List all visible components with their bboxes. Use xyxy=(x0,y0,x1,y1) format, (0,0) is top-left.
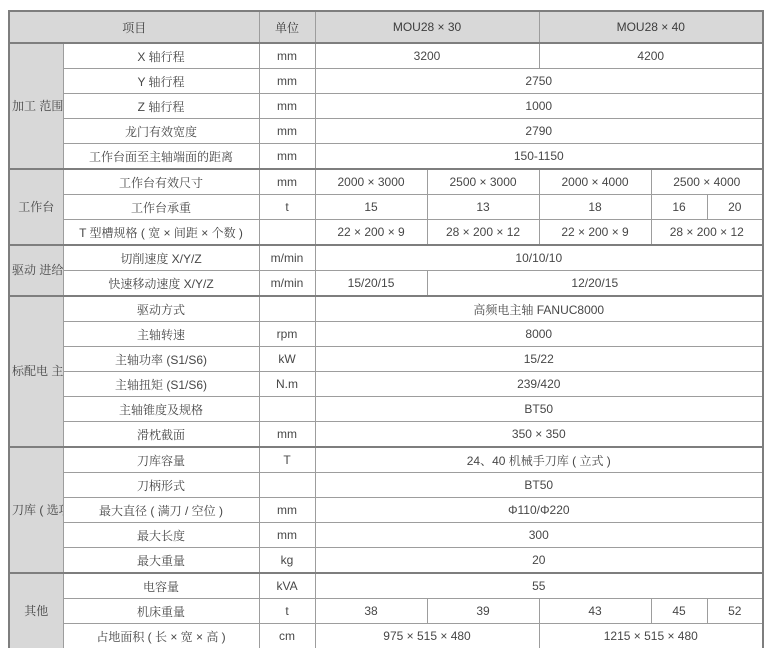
spec-item-name: 快速移动速度 X/Y/Z xyxy=(63,271,259,297)
table-row: 占地面积 ( 长 × 宽 × 高 )cm975 × 515 × 4801215 … xyxy=(9,624,763,648)
spec-value: 28 × 200 × 12 xyxy=(651,220,763,246)
spec-item-name: T 型槽规格 ( 宽 × 间距 × 个数 ) xyxy=(63,220,259,246)
spec-item-name: 工作台面至主轴端面的距离 xyxy=(63,144,259,170)
spec-item-name: X 轴行程 xyxy=(63,43,259,69)
spec-value: BT50 xyxy=(315,397,763,422)
spec-value: 8000 xyxy=(315,322,763,347)
spec-unit: mm xyxy=(259,43,315,69)
spec-unit: mm xyxy=(259,94,315,119)
spec-value: 22 × 200 × 9 xyxy=(539,220,651,246)
spec-value: 39 xyxy=(427,599,539,624)
spec-item-name: 机床重量 xyxy=(63,599,259,624)
spec-unit xyxy=(259,220,315,246)
spec-value: 45 xyxy=(651,599,707,624)
group-label: 标配电 主轴 xyxy=(9,296,63,447)
spec-value: 975 × 515 × 480 xyxy=(315,624,539,648)
table-row: 加工 范围X 轴行程mm32004200 xyxy=(9,43,763,69)
spec-value: BT50 xyxy=(315,473,763,498)
table-row: 标配电 主轴驱动方式高频电主轴 FANUC8000 xyxy=(9,296,763,322)
spec-value: 4200 xyxy=(539,43,763,69)
spec-unit: kW xyxy=(259,347,315,372)
header-row: 项目单位MOU28 × 30MOU28 × 40 xyxy=(9,11,763,43)
table-row: 龙门有效宽度mm2790 xyxy=(9,119,763,144)
table-row: 刀柄形式BT50 xyxy=(9,473,763,498)
table-row: 刀库 ( 选项 )刀库容量T24、40 机械手刀库 ( 立式 ) xyxy=(9,447,763,473)
spec-unit: mm xyxy=(259,69,315,94)
spec-value: 13 xyxy=(427,195,539,220)
spec-value: 22 × 200 × 9 xyxy=(315,220,427,246)
spec-value: 15 xyxy=(315,195,427,220)
spec-value: 24、40 机械手刀库 ( 立式 ) xyxy=(315,447,763,473)
group-label: 其他 xyxy=(9,573,63,648)
spec-unit: m/min xyxy=(259,271,315,297)
spec-item-name: 主轴转速 xyxy=(63,322,259,347)
spec-value: 2790 xyxy=(315,119,763,144)
table-row: 工作台承重t1513181620 xyxy=(9,195,763,220)
spec-value: 2000 × 4000 xyxy=(539,169,651,195)
spec-value: 1000 xyxy=(315,94,763,119)
spec-value: Φ110/Φ220 xyxy=(315,498,763,523)
spec-unit xyxy=(259,296,315,322)
spec-item-name: 工作台有效尺寸 xyxy=(63,169,259,195)
spec-unit: kg xyxy=(259,548,315,574)
spec-unit: mm xyxy=(259,523,315,548)
spec-unit: t xyxy=(259,599,315,624)
spec-unit: kVA xyxy=(259,573,315,599)
spec-value: 300 xyxy=(315,523,763,548)
spec-unit: m/min xyxy=(259,245,315,271)
spec-item-name: 占地面积 ( 长 × 宽 × 高 ) xyxy=(63,624,259,648)
table-row: 滑枕截面mm350 × 350 xyxy=(9,422,763,448)
spec-unit: N.m xyxy=(259,372,315,397)
spec-item-name: 工作台承重 xyxy=(63,195,259,220)
spec-value: 2500 × 3000 xyxy=(427,169,539,195)
spec-item-name: Y 轴行程 xyxy=(63,69,259,94)
spec-value: 3200 xyxy=(315,43,539,69)
table-row: 快速移动速度 X/Y/Zm/min15/20/1512/20/15 xyxy=(9,271,763,297)
table-row: 最大直径 ( 满刀 / 空位 )mmΦ110/Φ220 xyxy=(9,498,763,523)
spec-value: 20 xyxy=(707,195,763,220)
table-row: 主轴锥度及规格BT50 xyxy=(9,397,763,422)
spec-unit: mm xyxy=(259,498,315,523)
spec-item-name: 主轴扭矩 (S1/S6) xyxy=(63,372,259,397)
spec-value: 2000 × 3000 xyxy=(315,169,427,195)
spec-item-name: 电容量 xyxy=(63,573,259,599)
spec-value: 150-1150 xyxy=(315,144,763,170)
spec-value: 18 xyxy=(539,195,651,220)
spec-unit xyxy=(259,397,315,422)
table-row: 最大重量kg20 xyxy=(9,548,763,574)
spec-value: 55 xyxy=(315,573,763,599)
table-row: 主轴转速rpm8000 xyxy=(9,322,763,347)
spec-value: 2750 xyxy=(315,69,763,94)
spec-unit: mm xyxy=(259,169,315,195)
group-label: 加工 范围 xyxy=(9,43,63,169)
spec-value: 28 × 200 × 12 xyxy=(427,220,539,246)
table-row: Z 轴行程mm1000 xyxy=(9,94,763,119)
spec-value: 239/420 xyxy=(315,372,763,397)
table-row: Y 轴行程mm2750 xyxy=(9,69,763,94)
group-label: 驱动 进给 xyxy=(9,245,63,296)
spec-value: 10/10/10 xyxy=(315,245,763,271)
spec-unit xyxy=(259,473,315,498)
spec-unit: mm xyxy=(259,144,315,170)
group-label: 工作台 xyxy=(9,169,63,245)
spec-unit: rpm xyxy=(259,322,315,347)
spec-item-name: 滑枕截面 xyxy=(63,422,259,448)
header-model-1: MOU28 × 40 xyxy=(539,11,763,43)
spec-item-name: 驱动方式 xyxy=(63,296,259,322)
spec-unit: mm xyxy=(259,119,315,144)
spec-unit: t xyxy=(259,195,315,220)
spec-item-name: 最大长度 xyxy=(63,523,259,548)
spec-sheet-page: 项目单位MOU28 × 30MOU28 × 40 加工 范围X 轴行程mm320… xyxy=(0,0,768,648)
spec-value: 2500 × 4000 xyxy=(651,169,763,195)
spec-value: 20 xyxy=(315,548,763,574)
table-row: 工作台工作台有效尺寸mm2000 × 30002500 × 30002000 ×… xyxy=(9,169,763,195)
table-row: 机床重量t3839434552 xyxy=(9,599,763,624)
table-row: T 型槽规格 ( 宽 × 间距 × 个数 )22 × 200 × 928 × 2… xyxy=(9,220,763,246)
spec-value: 43 xyxy=(539,599,651,624)
spec-table-body: 加工 范围X 轴行程mm32004200Y 轴行程mm2750Z 轴行程mm10… xyxy=(9,43,763,648)
header-item-column: 项目 xyxy=(9,11,259,43)
spec-value: 38 xyxy=(315,599,427,624)
spec-item-name: 最大直径 ( 满刀 / 空位 ) xyxy=(63,498,259,523)
spec-value: 350 × 350 xyxy=(315,422,763,448)
spec-value: 16 xyxy=(651,195,707,220)
header-unit-column: 单位 xyxy=(259,11,315,43)
spec-value: 15/22 xyxy=(315,347,763,372)
group-label: 刀库 ( 选项 ) xyxy=(9,447,63,573)
spec-item-name: 刀库容量 xyxy=(63,447,259,473)
spec-unit: mm xyxy=(259,422,315,448)
spec-item-name: 最大重量 xyxy=(63,548,259,574)
spec-value: 15/20/15 xyxy=(315,271,427,297)
spec-item-name: 切削速度 X/Y/Z xyxy=(63,245,259,271)
spec-item-name: Z 轴行程 xyxy=(63,94,259,119)
spec-table-header: 项目单位MOU28 × 30MOU28 × 40 xyxy=(9,11,763,43)
spec-value: 高频电主轴 FANUC8000 xyxy=(315,296,763,322)
machine-spec-table: 项目单位MOU28 × 30MOU28 × 40 加工 范围X 轴行程mm320… xyxy=(8,10,764,648)
spec-item-name: 龙门有效宽度 xyxy=(63,119,259,144)
spec-item-name: 主轴锥度及规格 xyxy=(63,397,259,422)
spec-item-name: 刀柄形式 xyxy=(63,473,259,498)
table-row: 其他电容量kVA55 xyxy=(9,573,763,599)
spec-value: 12/20/15 xyxy=(427,271,763,297)
table-row: 主轴功率 (S1/S6)kW15/22 xyxy=(9,347,763,372)
spec-unit: cm xyxy=(259,624,315,648)
spec-item-name: 主轴功率 (S1/S6) xyxy=(63,347,259,372)
spec-value: 52 xyxy=(707,599,763,624)
table-row: 最大长度mm300 xyxy=(9,523,763,548)
table-row: 驱动 进给切削速度 X/Y/Zm/min10/10/10 xyxy=(9,245,763,271)
table-row: 主轴扭矩 (S1/S6)N.m239/420 xyxy=(9,372,763,397)
table-row: 工作台面至主轴端面的距离mm150-1150 xyxy=(9,144,763,170)
header-model-0: MOU28 × 30 xyxy=(315,11,539,43)
spec-unit: T xyxy=(259,447,315,473)
spec-value: 1215 × 515 × 480 xyxy=(539,624,763,648)
